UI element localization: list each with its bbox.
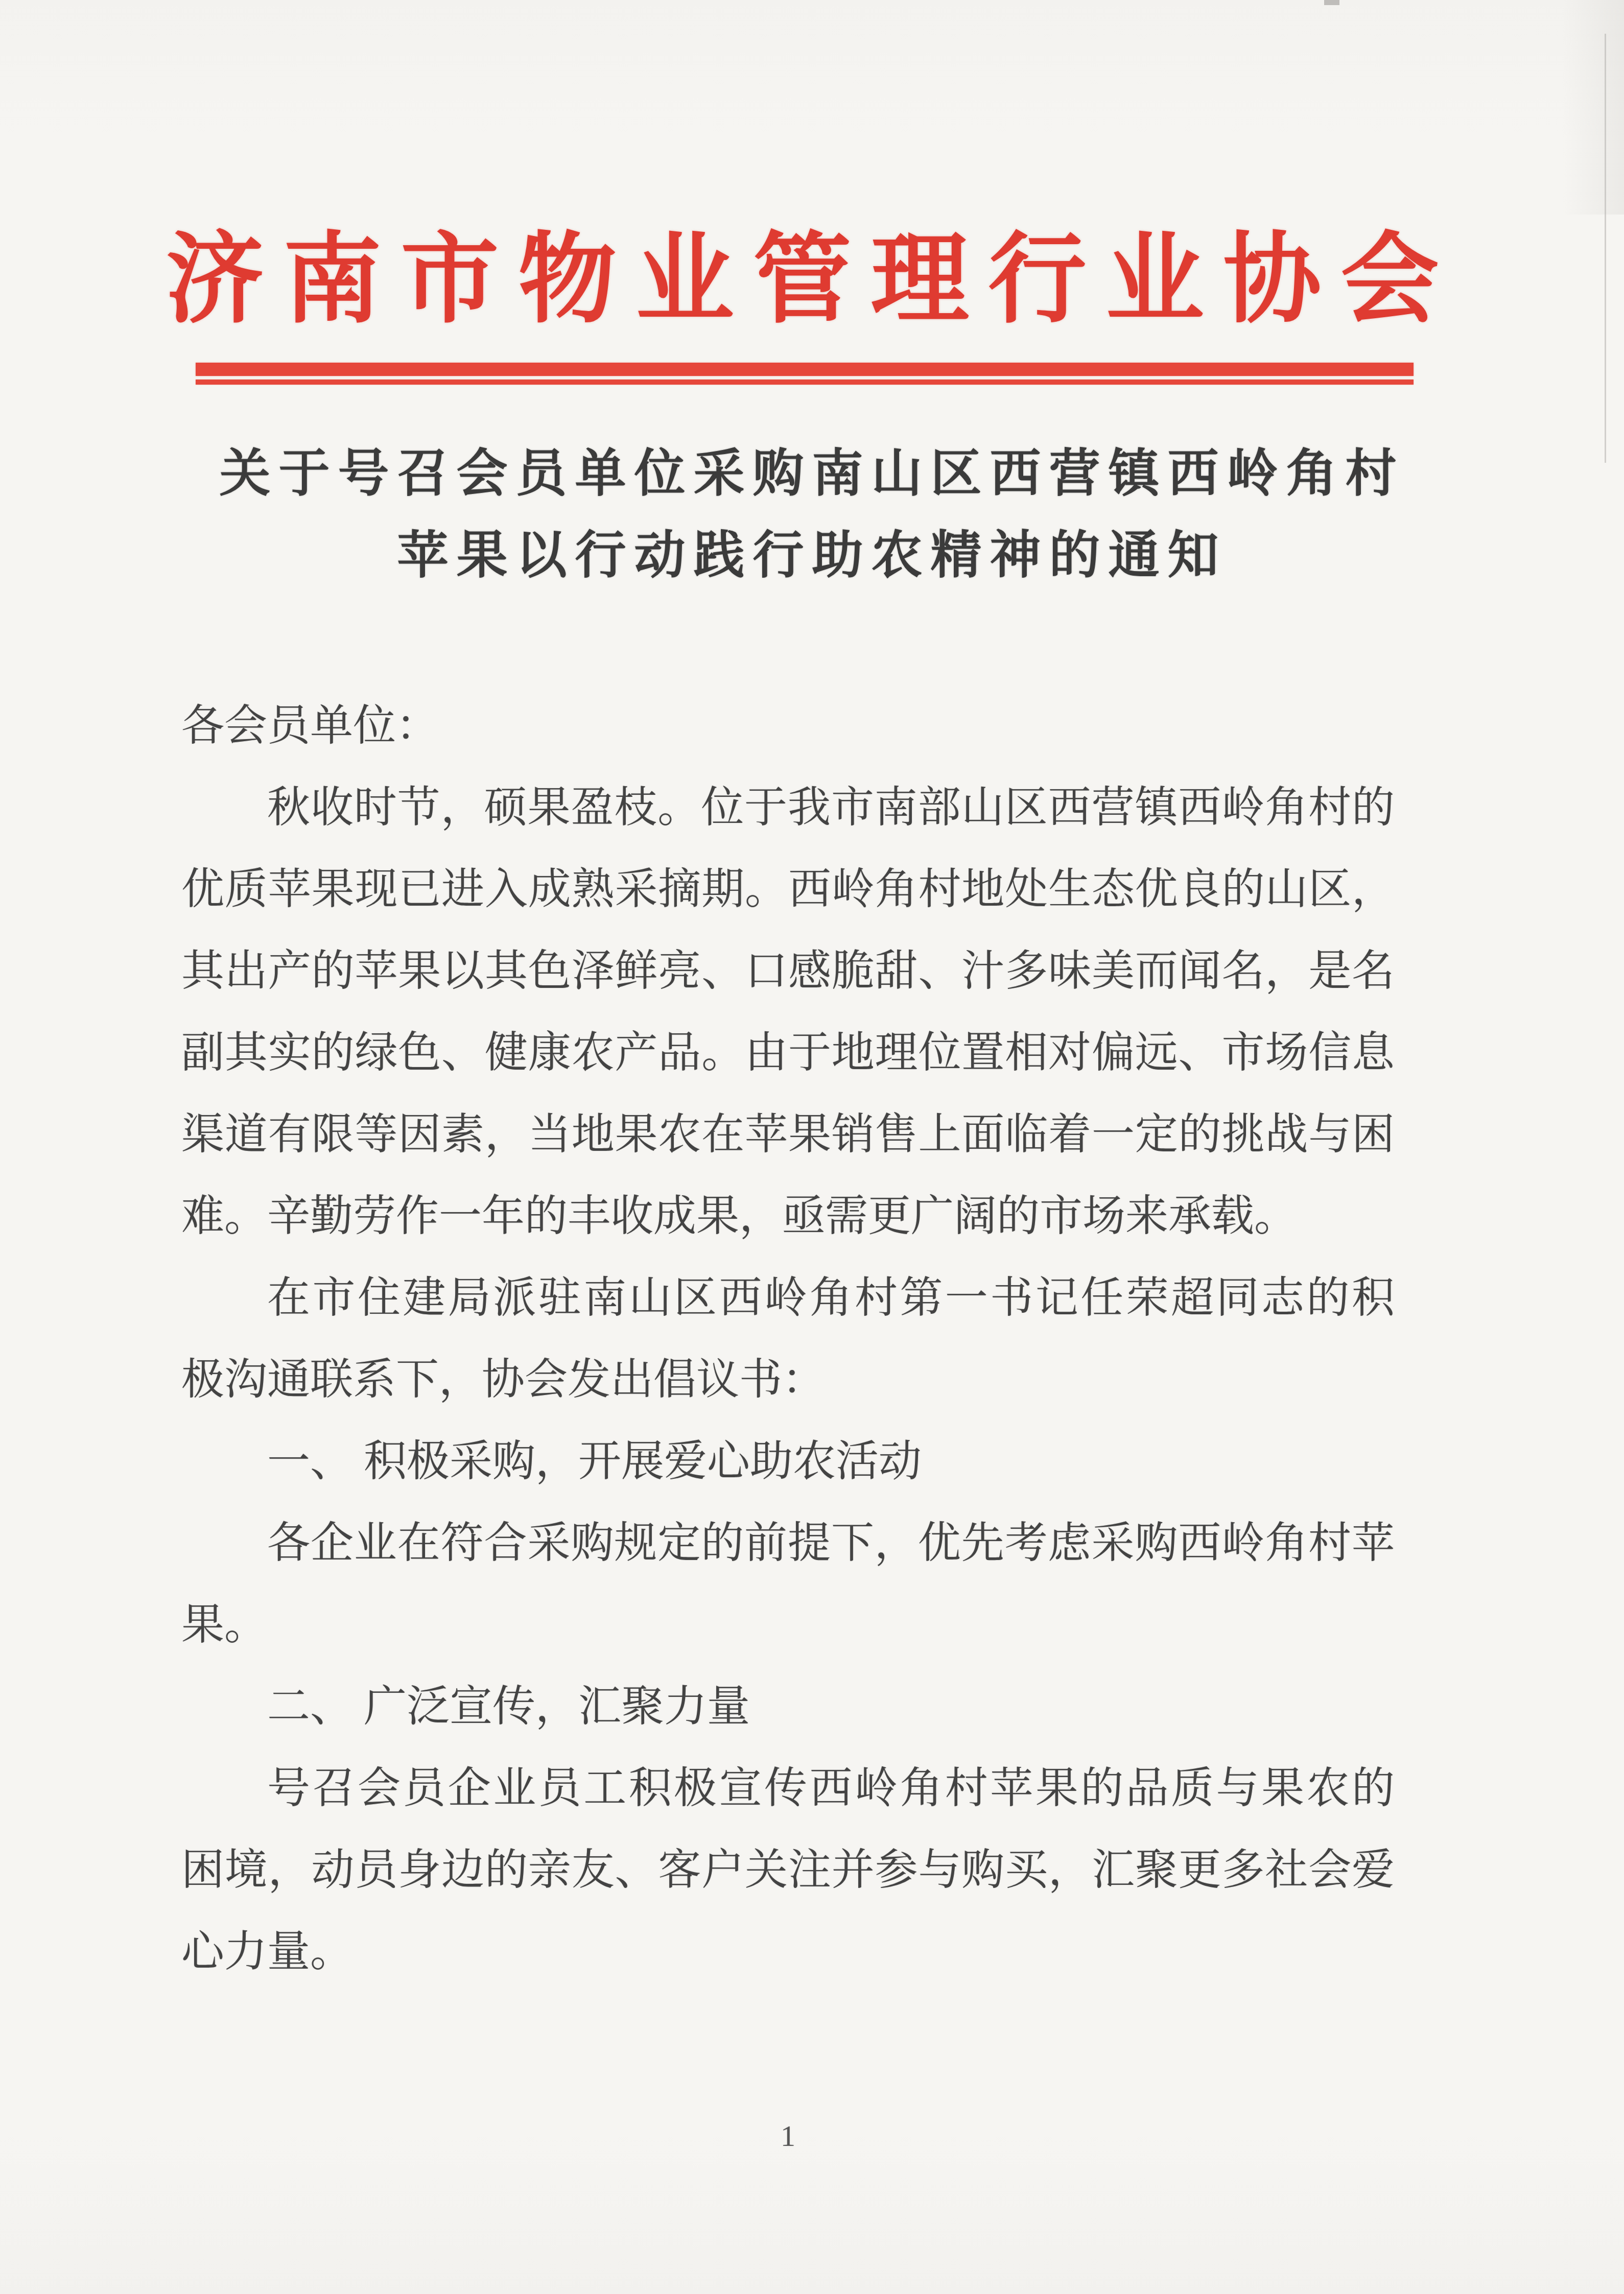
notice-title-line1: 关于号召会员单位采购南山区西营镇西岭角村 — [0, 433, 1624, 515]
body-line: 各企业在符合采购规定的前提下，优先考虑采购西岭角村苹 — [181, 1503, 1395, 1584]
notice-body: 各会员单位： 秋收时节，硕果盈枝。位于我市南部山区西营镇西岭角村的 优质苹果现已… — [181, 685, 1395, 1993]
body-line-section-2: 二、 广泛宣传，汇聚力量 — [181, 1666, 1395, 1748]
body-line: 其出产的苹果以其色泽鲜亮、口感脆甜、汁多味美而闻名，是名 — [181, 931, 1395, 1012]
scan-line-artifact — [1605, 34, 1606, 463]
scan-shade-artifact — [1563, 0, 1624, 215]
body-line-section-1: 一、 积极采购，开展爱心助农活动 — [181, 1421, 1395, 1503]
body-line: 果。 — [181, 1584, 1395, 1666]
body-line: 难。辛勤劳作一年的丰收成果，亟需更广阔的市场来承载。 — [181, 1176, 1395, 1258]
body-line: 副其实的绿色、健康农产品。由于地理位置相对偏远、市场信息 — [181, 1012, 1395, 1094]
body-line: 优质苹果现已进入成熟采摘期。西岭角村地处生态优良的山区， — [181, 849, 1395, 931]
body-line-salutation: 各会员单位： — [181, 685, 1395, 767]
body-line: 困境，动员身边的亲友、客户关注并参与购买，汇聚更多社会爱 — [181, 1830, 1395, 1911]
letterhead-rule-thin — [196, 380, 1414, 385]
letterhead-rule-thick — [196, 363, 1414, 376]
scan-speck-artifact — [1324, 0, 1339, 5]
body-line: 在市住建局派驻南山区西岭角村第一书记任荣超同志的积 — [181, 1258, 1395, 1339]
document-page: 济南市物业管理行业协会 关于号召会员单位采购南山区西营镇西岭角村 苹果以行动践行… — [0, 0, 1624, 2294]
body-line: 渠道有限等因素，当地果农在苹果销售上面临着一定的挑战与困 — [181, 1094, 1395, 1176]
body-line: 秋收时节，硕果盈枝。位于我市南部山区西营镇西岭角村的 — [181, 767, 1395, 849]
letterhead-org-name: 济南市物业管理行业协会 — [0, 229, 1624, 332]
notice-title-line2: 苹果以行动践行助农精神的通知 — [0, 515, 1624, 597]
body-line: 极沟通联系下，协会发出倡议书： — [181, 1339, 1395, 1421]
notice-title: 关于号召会员单位采购南山区西营镇西岭角村 苹果以行动践行助农精神的通知 — [0, 433, 1624, 597]
page-number: 1 — [181, 2119, 1395, 2153]
body-line: 心力量。 — [181, 1911, 1395, 1993]
body-line: 号召会员企业员工积极宣传西岭角村苹果的品质与果农的 — [181, 1748, 1395, 1830]
